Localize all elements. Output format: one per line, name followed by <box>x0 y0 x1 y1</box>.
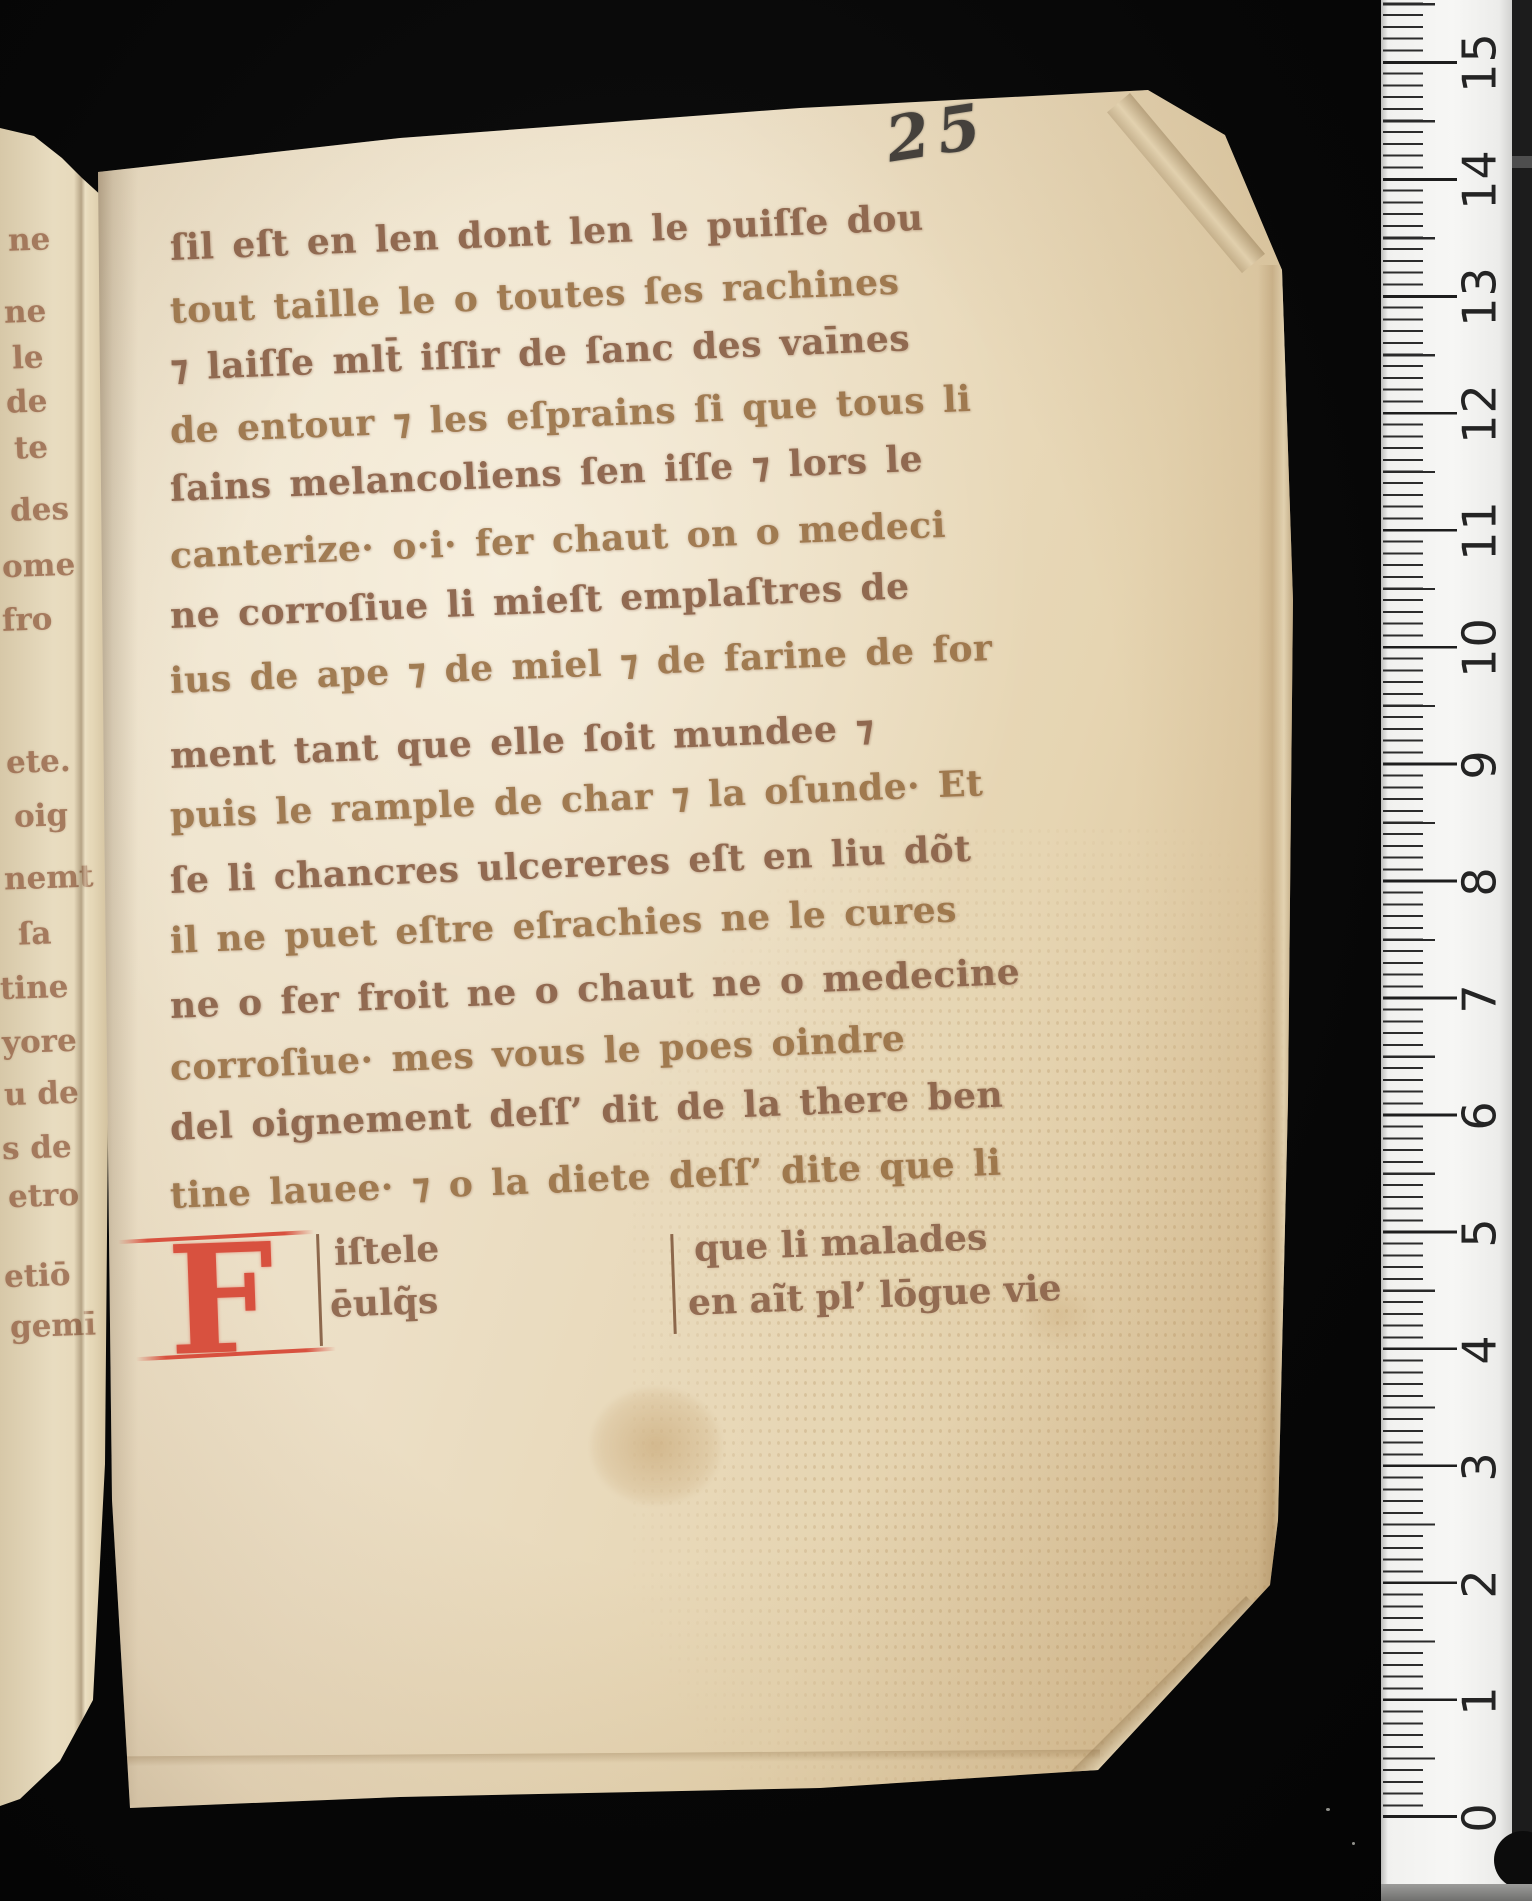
folio-number: 25 <box>881 88 993 176</box>
manuscript-line: ne corroſiue li mieſt emplaſtres de <box>169 565 910 637</box>
text-layer: 25 ſil eſt en len dont len le puiſſe dou… <box>0 0 1532 1901</box>
section-left-line: ēulq̃s <box>329 1280 439 1326</box>
rubric-initial-F: F <box>165 1210 278 1390</box>
manuscript-line: ne o fer froit ne o chaut ne o medecine <box>169 951 1021 1027</box>
manuscript-line: ſil eſt en len dont len le puiſſe dou <box>169 197 924 269</box>
column-divider-bar <box>670 1234 676 1334</box>
manuscript-line: il ne puet eſtre eſrachies ne le cures <box>169 888 958 962</box>
section-right-line: en aĩt pl’ lōgue vie <box>687 1267 1062 1324</box>
ruler-backing-gap <box>1512 156 1532 168</box>
manuscript-line: ſains melancoliens ſen iſſe ⁊ lors le <box>169 438 924 510</box>
ruler-bottom-edge <box>1381 1884 1532 1901</box>
manuscript-line: puis le rample de char ⁊ la oſunde· Et <box>169 762 984 837</box>
ruler-backing-strip <box>1512 0 1532 1901</box>
manuscript-line: canterize· o·i· fer chaut on o medeci <box>169 504 946 577</box>
manuscript-line: ⁊ laiſſe mlt̄ iſſir de ſanc des vaīnes <box>169 317 911 389</box>
section-left-line: iſtele <box>333 1228 440 1274</box>
initial-divider-bar <box>316 1234 323 1346</box>
manuscript-line: del oignement deſſ’ dit de la there ben <box>169 1074 1004 1149</box>
manuscript-photo: neneledetedesomefroete.oignemtſatineyore… <box>0 0 1532 1901</box>
measurement-ruler: 0123456789101112131415 <box>1381 0 1512 1884</box>
section-right-line: que li malades <box>693 1216 988 1270</box>
manuscript-line: corroſiue· mes vous le poes oindre <box>169 1017 906 1088</box>
manuscript-line: ſe li chancres ulcereres eſt en liu dõt <box>169 828 972 902</box>
manuscript-line: tine lauee· ⁊ o la diete deſſ’ dite que … <box>169 1142 1002 1217</box>
manuscript-line: ius de ape ⁊ de miel ⁊ de farine de for <box>169 627 993 702</box>
lint-speck <box>1352 1842 1355 1845</box>
manuscript-line: ment tant que elle ſoit mundee ⁊ <box>169 707 875 777</box>
lint-speck <box>1326 1808 1330 1811</box>
